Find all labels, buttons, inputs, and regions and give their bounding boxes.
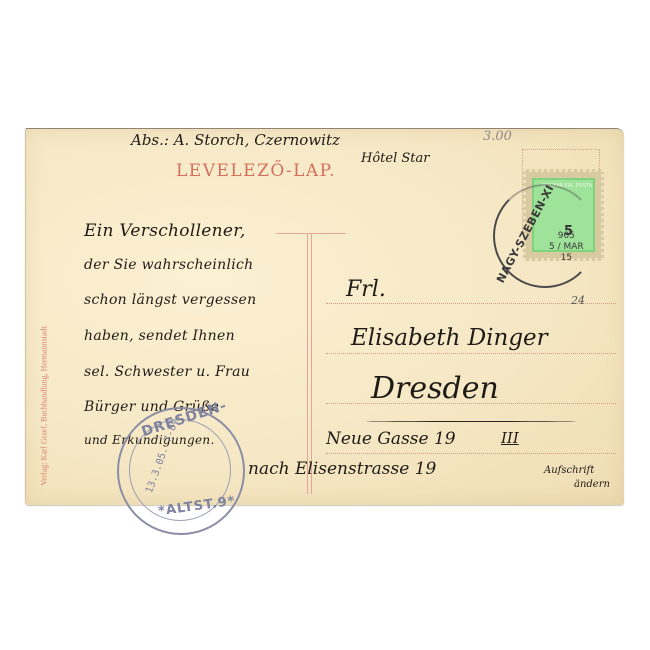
message-line: Ein Verschollener, — [84, 221, 246, 241]
origin-postmark-time: 24 — [571, 294, 585, 307]
origin-postmark-date: 905 5 / MAR 15 — [549, 231, 584, 264]
recipient-city: Dresden — [371, 371, 499, 406]
date-hour: 15 — [549, 253, 584, 264]
divider-line — [307, 234, 312, 494]
publisher-imprint: Verlag: Karl Graef, Buchhandlung, Herman… — [40, 226, 49, 486]
recipient-floor: III — [501, 429, 519, 447]
city-underline — [366, 421, 576, 422]
forward-note: Aufschrift — [544, 465, 594, 476]
message-line: sel. Schwester u. Frau — [84, 364, 250, 380]
price-note: 3.00 — [483, 129, 512, 144]
recipient-name: Elisabeth Dinger — [351, 325, 548, 351]
forward-address: nach Elisenstrasse 19 — [248, 459, 436, 479]
sender-hotel: Hôtel Star — [361, 151, 429, 166]
sender-line: Abs.: A. Storch, Czernowitz — [131, 131, 340, 149]
address-line — [326, 453, 616, 454]
forward-note: ändern — [574, 479, 610, 490]
recipient-salutation: Frl. — [346, 277, 386, 302]
message-line: der Sie wahrscheinlich — [84, 257, 253, 273]
message-line: haben, sendet Ihnen — [84, 328, 235, 344]
card-title: LEVELEZŐ-LAP. — [176, 161, 336, 181]
address-line — [326, 353, 616, 354]
postcard: Abs.: A. Storch, Czernowitz Hôtel Star 3… — [25, 128, 624, 505]
date-day: 5 / MAR — [549, 242, 584, 253]
date-year: 905 — [549, 231, 584, 242]
message-line: schon längst vergessen — [84, 292, 256, 308]
recipient-street: Neue Gasse 19 — [326, 429, 456, 449]
